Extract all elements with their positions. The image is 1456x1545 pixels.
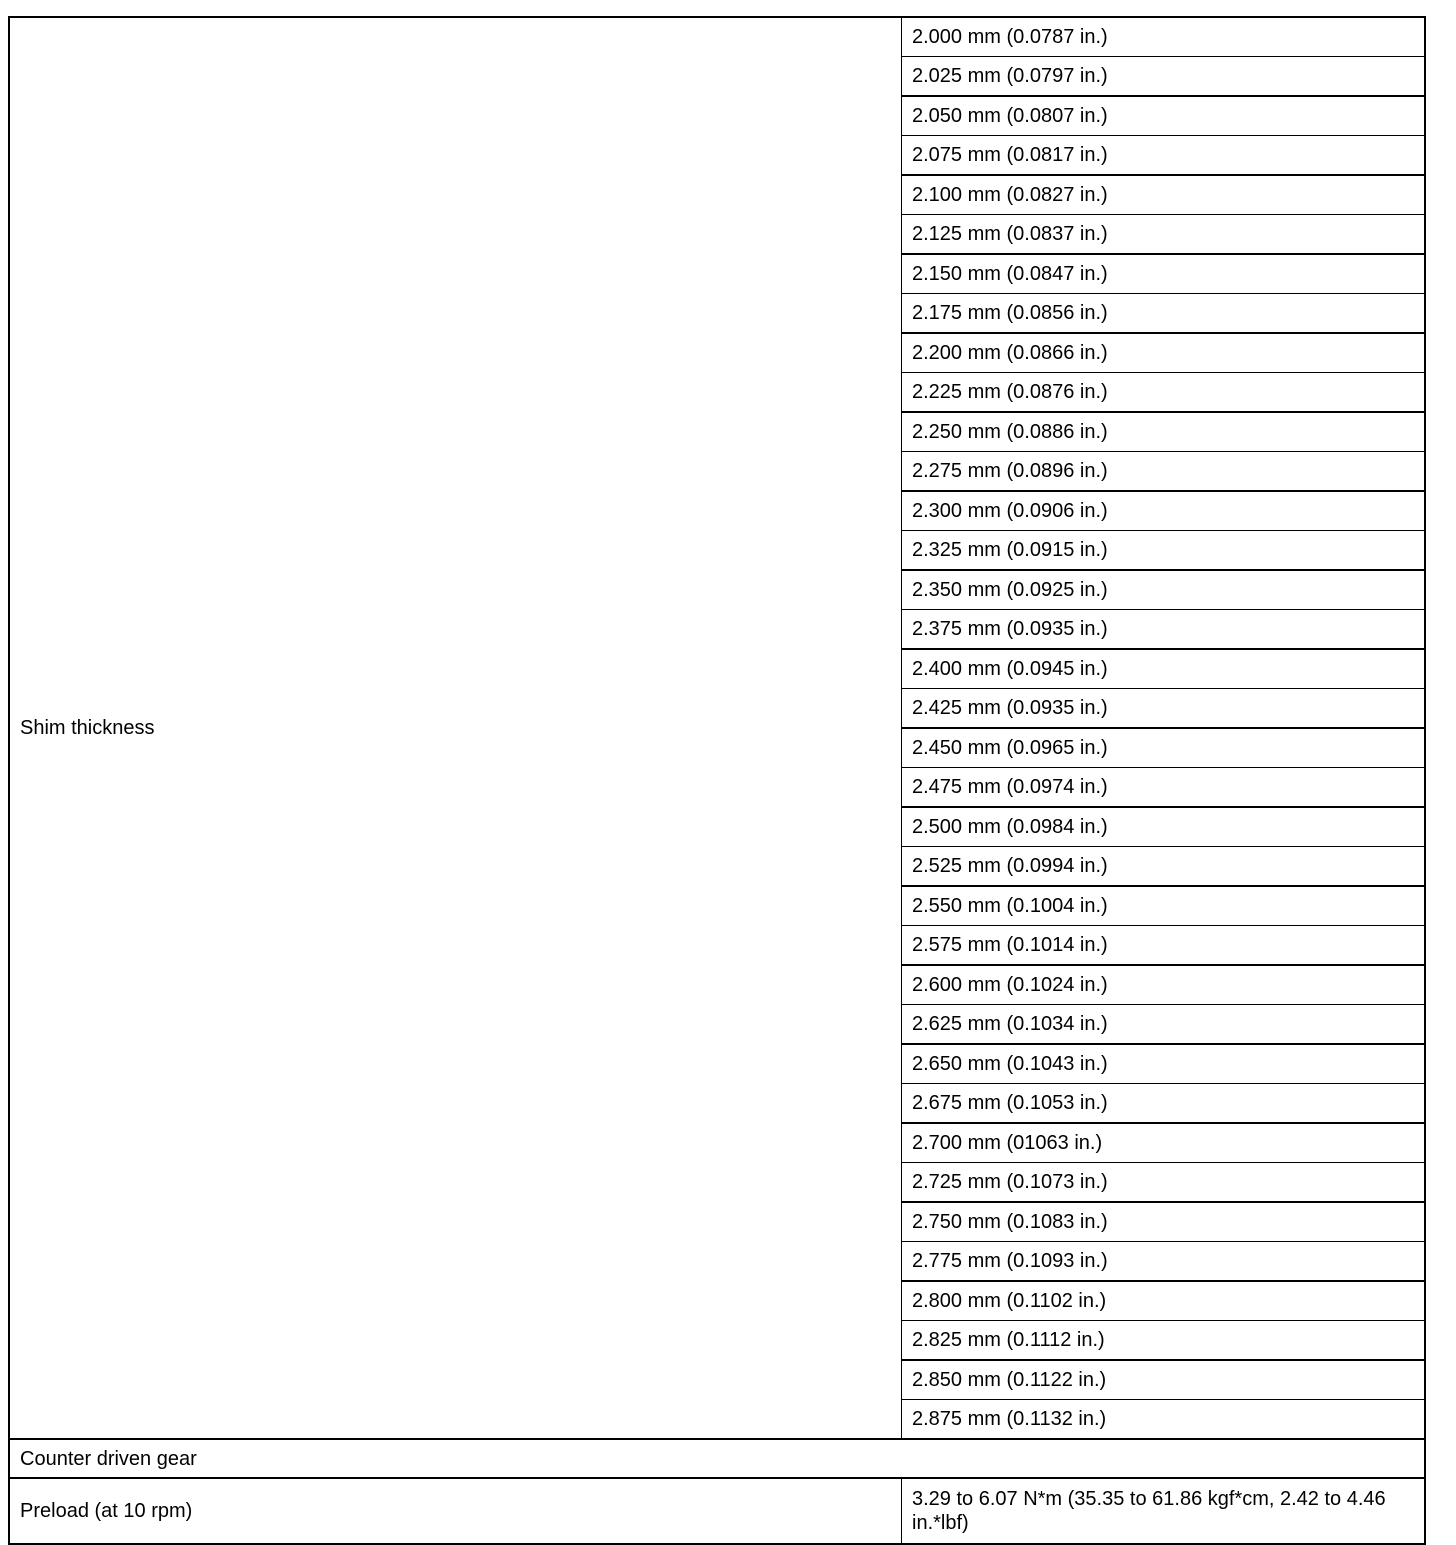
preload-row: Preload (at 10 rpm)3.29 to 6.07 N*m (35.…	[9, 1478, 1425, 1544]
spec-table: Shim thickness2.000 mm (0.0787 in.)2.025…	[8, 16, 1426, 1545]
spec-table-body: Shim thickness2.000 mm (0.0787 in.)2.025…	[9, 17, 1425, 1544]
shim-value-cell: 2.875 mm (0.1132 in.)	[902, 1400, 1426, 1440]
shim-value-cell: 2.325 mm (0.0915 in.)	[902, 531, 1426, 571]
shim-value-cell: 2.350 mm (0.0925 in.)	[902, 570, 1426, 610]
shim-value-cell: 2.025 mm (0.0797 in.)	[902, 57, 1426, 97]
shim-value-cell: 2.750 mm (0.1083 in.)	[902, 1202, 1426, 1242]
shim-value-cell: 2.675 mm (0.1053 in.)	[902, 1084, 1426, 1124]
shim-value-cell: 2.250 mm (0.0886 in.)	[902, 412, 1426, 452]
shim-value-cell: 2.300 mm (0.0906 in.)	[902, 491, 1426, 531]
shim-value-cell: 2.700 mm (01063 in.)	[902, 1123, 1426, 1163]
shim-value-cell: 2.150 mm (0.0847 in.)	[902, 254, 1426, 294]
shim-value-cell: 2.500 mm (0.0984 in.)	[902, 807, 1426, 847]
section-title: Counter driven gear	[9, 1439, 1425, 1478]
shim-value-cell: 2.450 mm (0.0965 in.)	[902, 728, 1426, 768]
shim-value-cell: 2.100 mm (0.0827 in.)	[902, 175, 1426, 215]
shim-value-cell: 2.575 mm (0.1014 in.)	[902, 926, 1426, 966]
shim-value-cell: 2.225 mm (0.0876 in.)	[902, 373, 1426, 413]
shim-value-cell: 2.525 mm (0.0994 in.)	[902, 847, 1426, 887]
preload-label: Preload (at 10 rpm)	[9, 1478, 902, 1544]
shim-value-cell: 2.000 mm (0.0787 in.)	[902, 17, 1426, 57]
shim-value-cell: 2.050 mm (0.0807 in.)	[902, 96, 1426, 136]
table-row: Shim thickness2.000 mm (0.0787 in.)	[9, 17, 1425, 57]
shim-value-cell: 2.600 mm (0.1024 in.)	[902, 965, 1426, 1005]
shim-thickness-label: Shim thickness	[9, 17, 902, 1439]
shim-value-cell: 2.275 mm (0.0896 in.)	[902, 452, 1426, 492]
shim-value-cell: 2.775 mm (0.1093 in.)	[902, 1242, 1426, 1282]
shim-value-cell: 2.725 mm (0.1073 in.)	[902, 1163, 1426, 1203]
shim-value-cell: 2.200 mm (0.0866 in.)	[902, 333, 1426, 373]
shim-value-cell: 2.375 mm (0.0935 in.)	[902, 610, 1426, 650]
shim-value-cell: 2.125 mm (0.0837 in.)	[902, 215, 1426, 255]
shim-value-cell: 2.550 mm (0.1004 in.)	[902, 886, 1426, 926]
shim-value-cell: 2.650 mm (0.1043 in.)	[902, 1044, 1426, 1084]
shim-value-cell: 2.625 mm (0.1034 in.)	[902, 1005, 1426, 1045]
preload-value: 3.29 to 6.07 N*m (35.35 to 61.86 kgf*cm,…	[902, 1478, 1426, 1544]
shim-value-cell: 2.400 mm (0.0945 in.)	[902, 649, 1426, 689]
shim-value-cell: 2.475 mm (0.0974 in.)	[902, 768, 1426, 808]
section-row: Counter driven gear	[9, 1439, 1425, 1478]
shim-value-cell: 2.425 mm (0.0935 in.)	[902, 689, 1426, 729]
shim-value-cell: 2.175 mm (0.0856 in.)	[902, 294, 1426, 334]
shim-value-cell: 2.075 mm (0.0817 in.)	[902, 136, 1426, 176]
shim-value-cell: 2.825 mm (0.1112 in.)	[902, 1321, 1426, 1361]
shim-value-cell: 2.850 mm (0.1122 in.)	[902, 1360, 1426, 1400]
shim-value-cell: 2.800 mm (0.1102 in.)	[902, 1281, 1426, 1321]
